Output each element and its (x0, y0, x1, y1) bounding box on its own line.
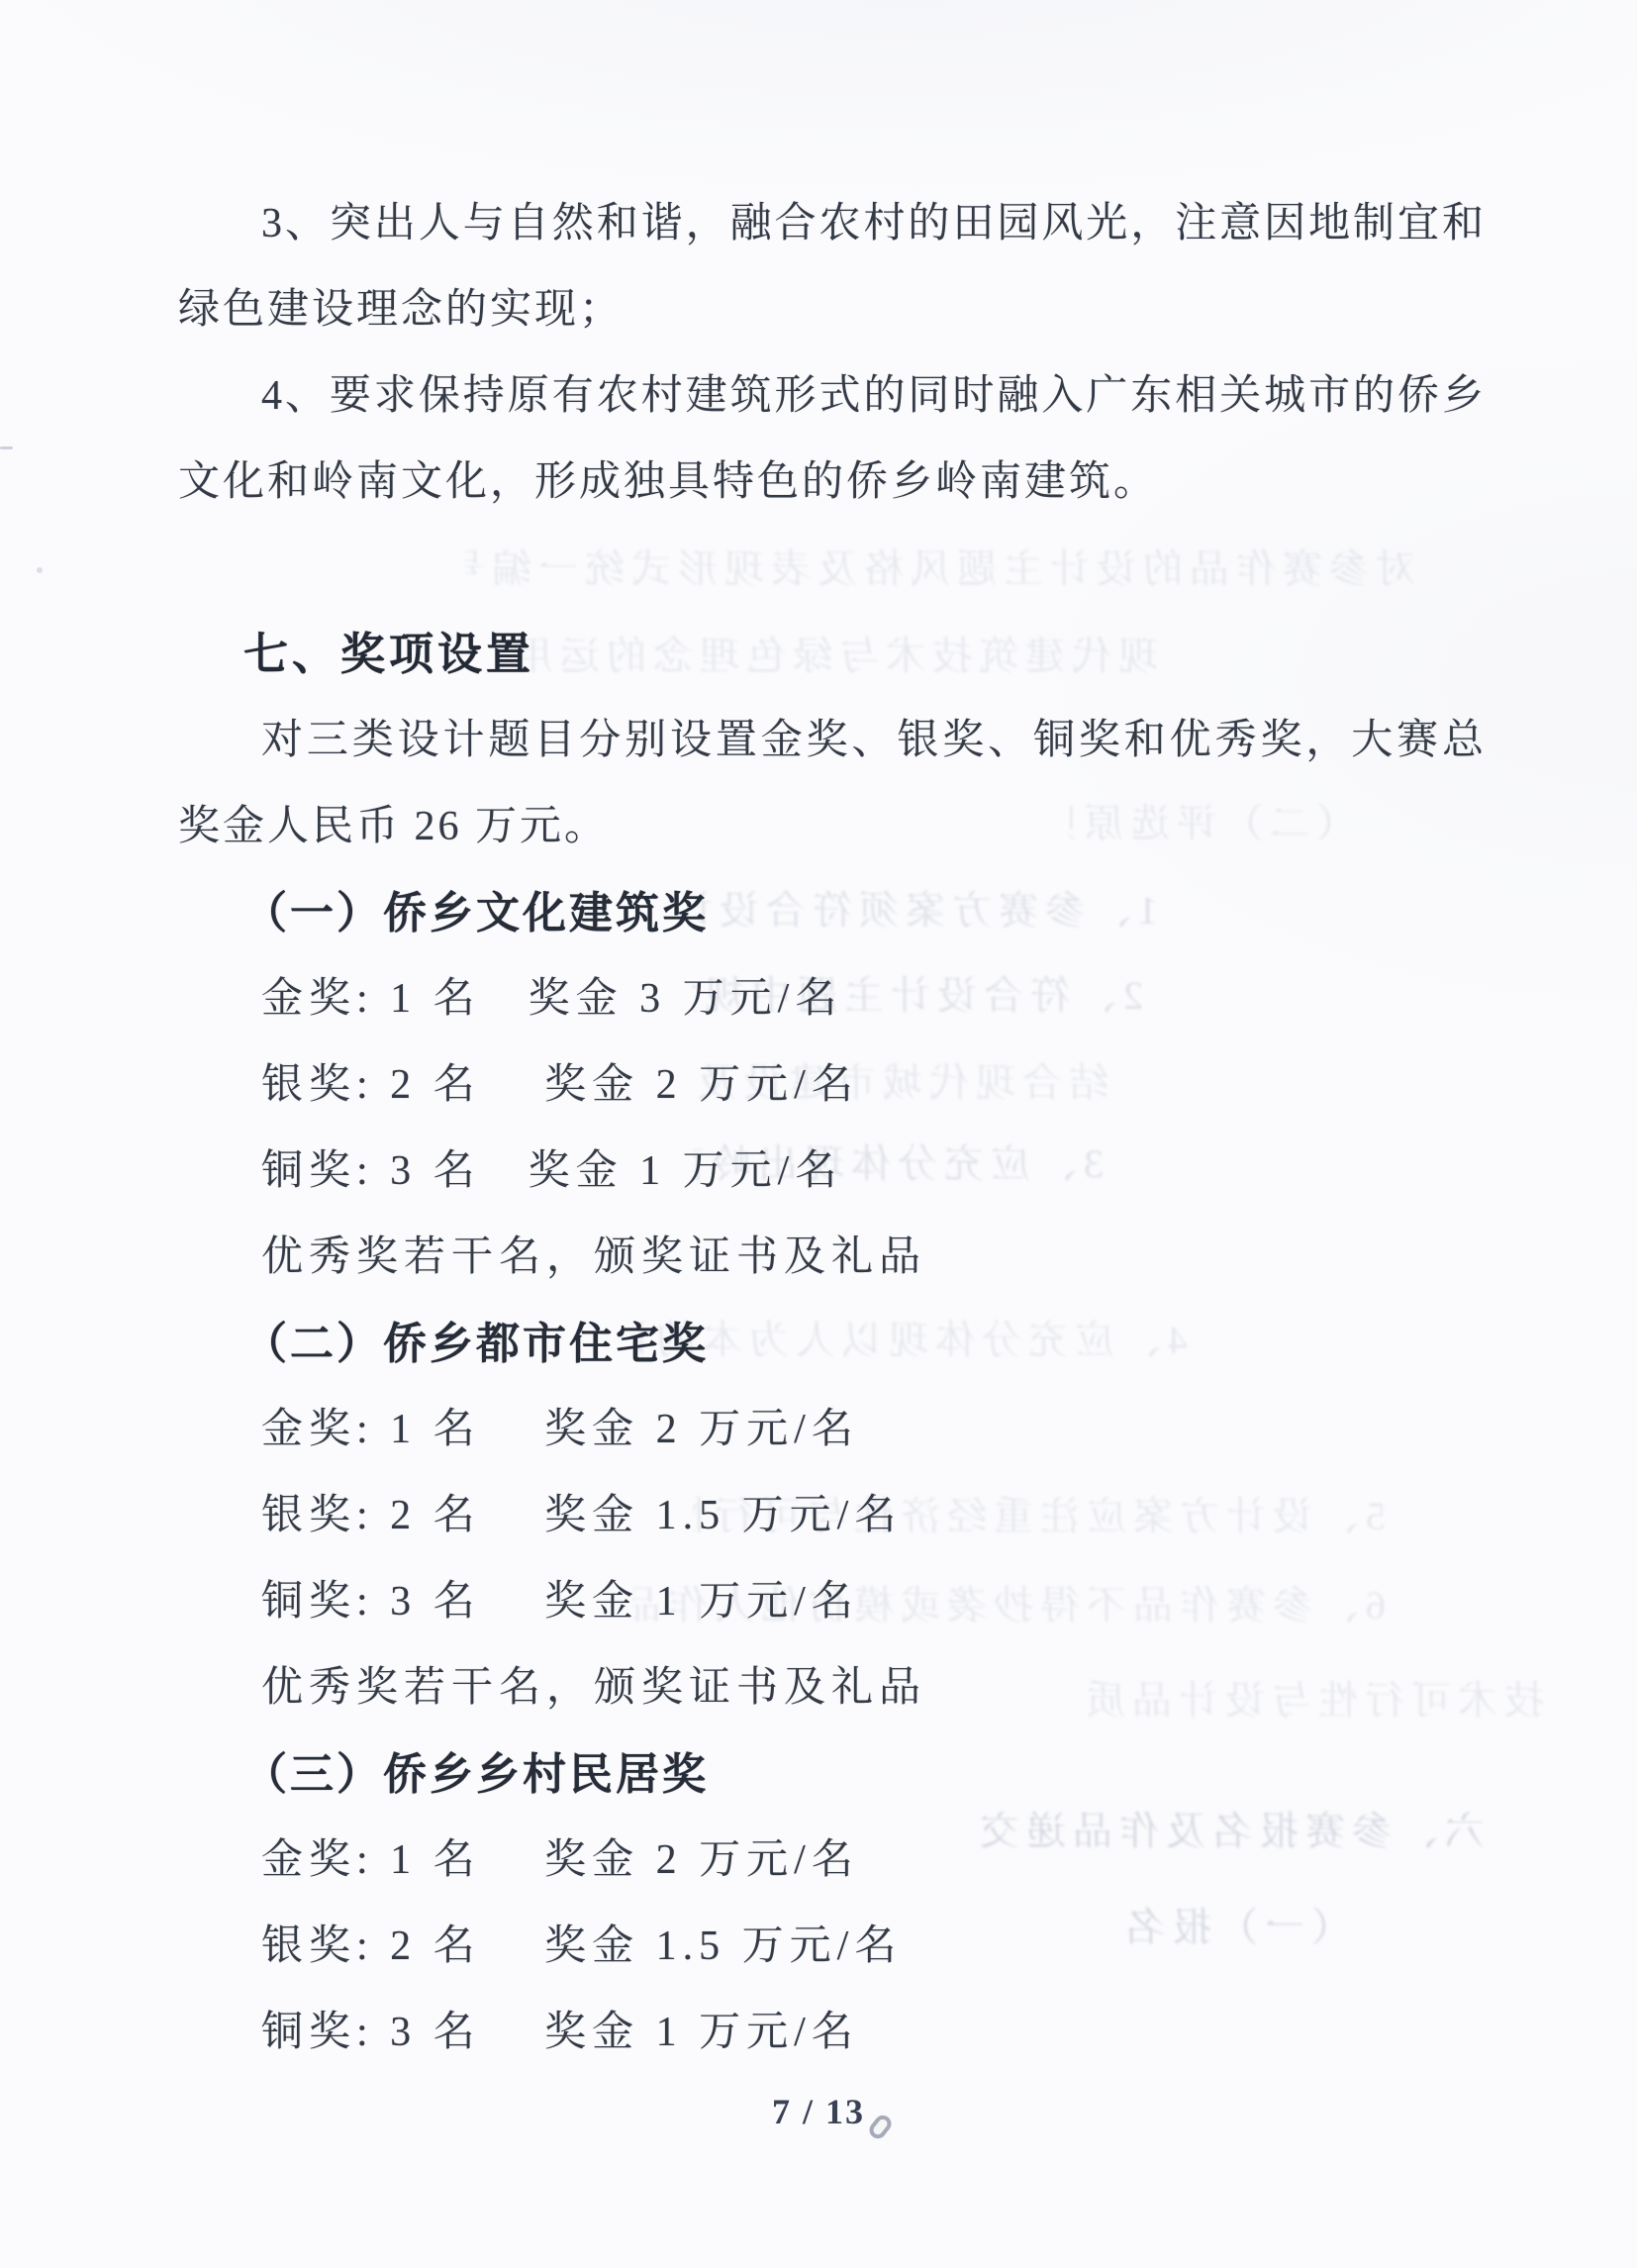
page-number: 7 / 13 (0, 2091, 1637, 2132)
award-item-line: 铜奖: 3 名 奖金 1 万元/名 (178, 1990, 1485, 2076)
paragraph-line: 文化和岭南文化，形成独具特色的侨乡岭南建筑。 (178, 440, 1485, 526)
award-category-heading: （一）侨乡文化建筑奖 (178, 870, 1485, 956)
award-item-line: 铜奖: 3 名 奖金 1 万元/名 (178, 1129, 1485, 1215)
award-item-line: 优秀奖若干名，颁奖证书及礼品 (178, 1645, 1485, 1731)
paragraph-line: 3、突出人与自然和谐，融合农村的田园风光，注意因地制宜和 (178, 181, 1485, 267)
award-item-line: 金奖: 1 名 奖金 2 万元/名 (178, 1387, 1485, 1473)
document-body: 3、突出人与自然和谐，融合农村的田园风光，注意因地制宜和 绿色建设理念的实现； … (178, 0, 1485, 2076)
paragraph-line: 绿色建设理念的实现； (178, 267, 1485, 353)
blank-line (178, 526, 1485, 612)
award-item-line: 铜奖: 3 名 奖金 1 万元/名 (178, 1559, 1485, 1645)
page: 对参赛作品的设计主题风格及表现形式统一编号评审 现代建筑技术与绿色理念的运用 （… (0, 0, 1637, 2268)
award-category-heading: （二）侨乡都市住宅奖 (178, 1301, 1485, 1387)
award-item-line: 银奖: 2 名 奖金 2 万元/名 (178, 1042, 1485, 1129)
spot-artifact (37, 567, 43, 573)
award-category-heading: （三）侨乡乡村民居奖 (178, 1731, 1485, 1818)
edge-dash-artifact (0, 446, 13, 449)
award-item-line: 优秀奖若干名，颁奖证书及礼品 (178, 1215, 1485, 1301)
paragraph-line: 奖金人民币 26 万元。 (178, 784, 1485, 870)
award-item-line: 银奖: 2 名 奖金 1.5 万元/名 (178, 1904, 1485, 1990)
award-item-line: 银奖: 2 名 奖金 1.5 万元/名 (178, 1473, 1485, 1559)
award-item-line: 金奖: 1 名 奖金 3 万元/名 (178, 956, 1485, 1042)
scanned-document-page: { "colors": { "paper": "#fbfbfd", "ink":… (0, 0, 1637, 2268)
section-heading: 七、奖项设置 (178, 612, 1485, 698)
paragraph-line: 4、要求保持原有农村建筑形式的同时融入广东相关城市的侨乡 (178, 353, 1485, 440)
award-item-line: 金奖: 1 名 奖金 2 万元/名 (178, 1818, 1485, 1904)
paragraph-line: 对三类设计题目分别设置金奖、银奖、铜奖和优秀奖，大赛总 (178, 698, 1485, 784)
